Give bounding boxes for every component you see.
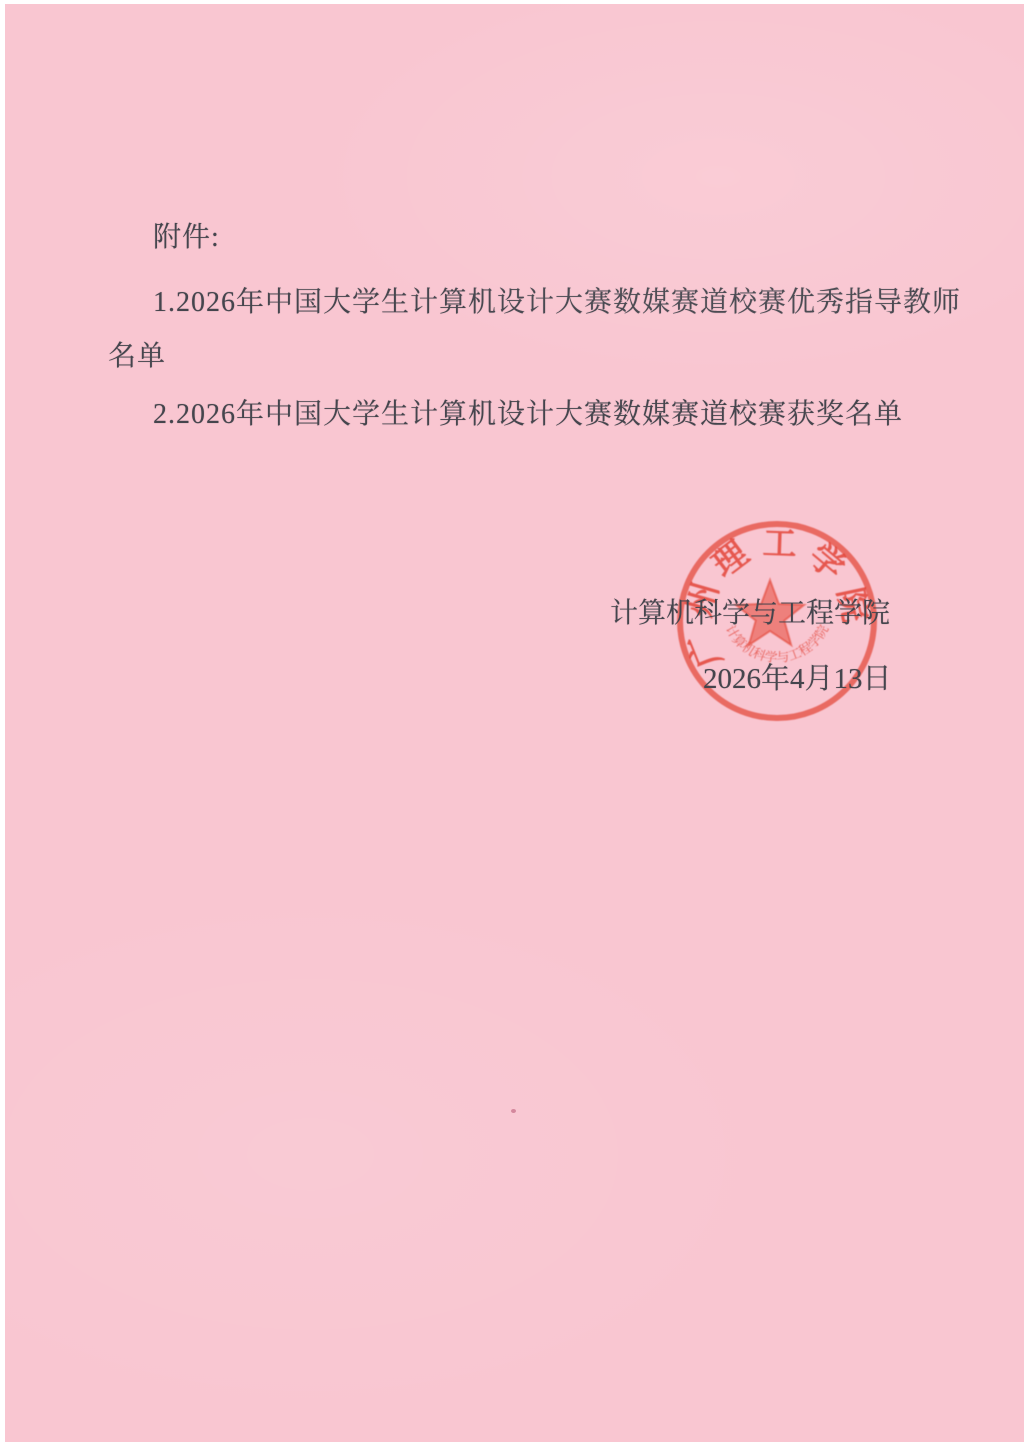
seal-char: 工 xyxy=(762,526,797,564)
signature-department: 计算机科学与工程学院 xyxy=(610,591,890,631)
seal-char: 理 xyxy=(706,535,755,585)
seal-char: 学 xyxy=(801,536,851,587)
attachment-item-2: 2.2026年中国大学生计算机设计大赛数媒赛道校赛获奖名单 xyxy=(153,392,903,432)
attachment-item-1-line-2: 名单 xyxy=(108,334,166,374)
signature-date: 2026年4月13日 xyxy=(703,656,892,697)
scan-speck xyxy=(511,1109,516,1113)
attachment-heading: 附件: xyxy=(153,215,220,255)
scanned-page: 广 州 理 工 学 院 计算机科学与工程学院 附件: 1.2026年中国大学生计… xyxy=(5,4,1024,1442)
attachment-item-1-line-1: 1.2026年中国大学生计算机设计大赛数媒赛道校赛优秀指导教师 xyxy=(153,280,961,320)
